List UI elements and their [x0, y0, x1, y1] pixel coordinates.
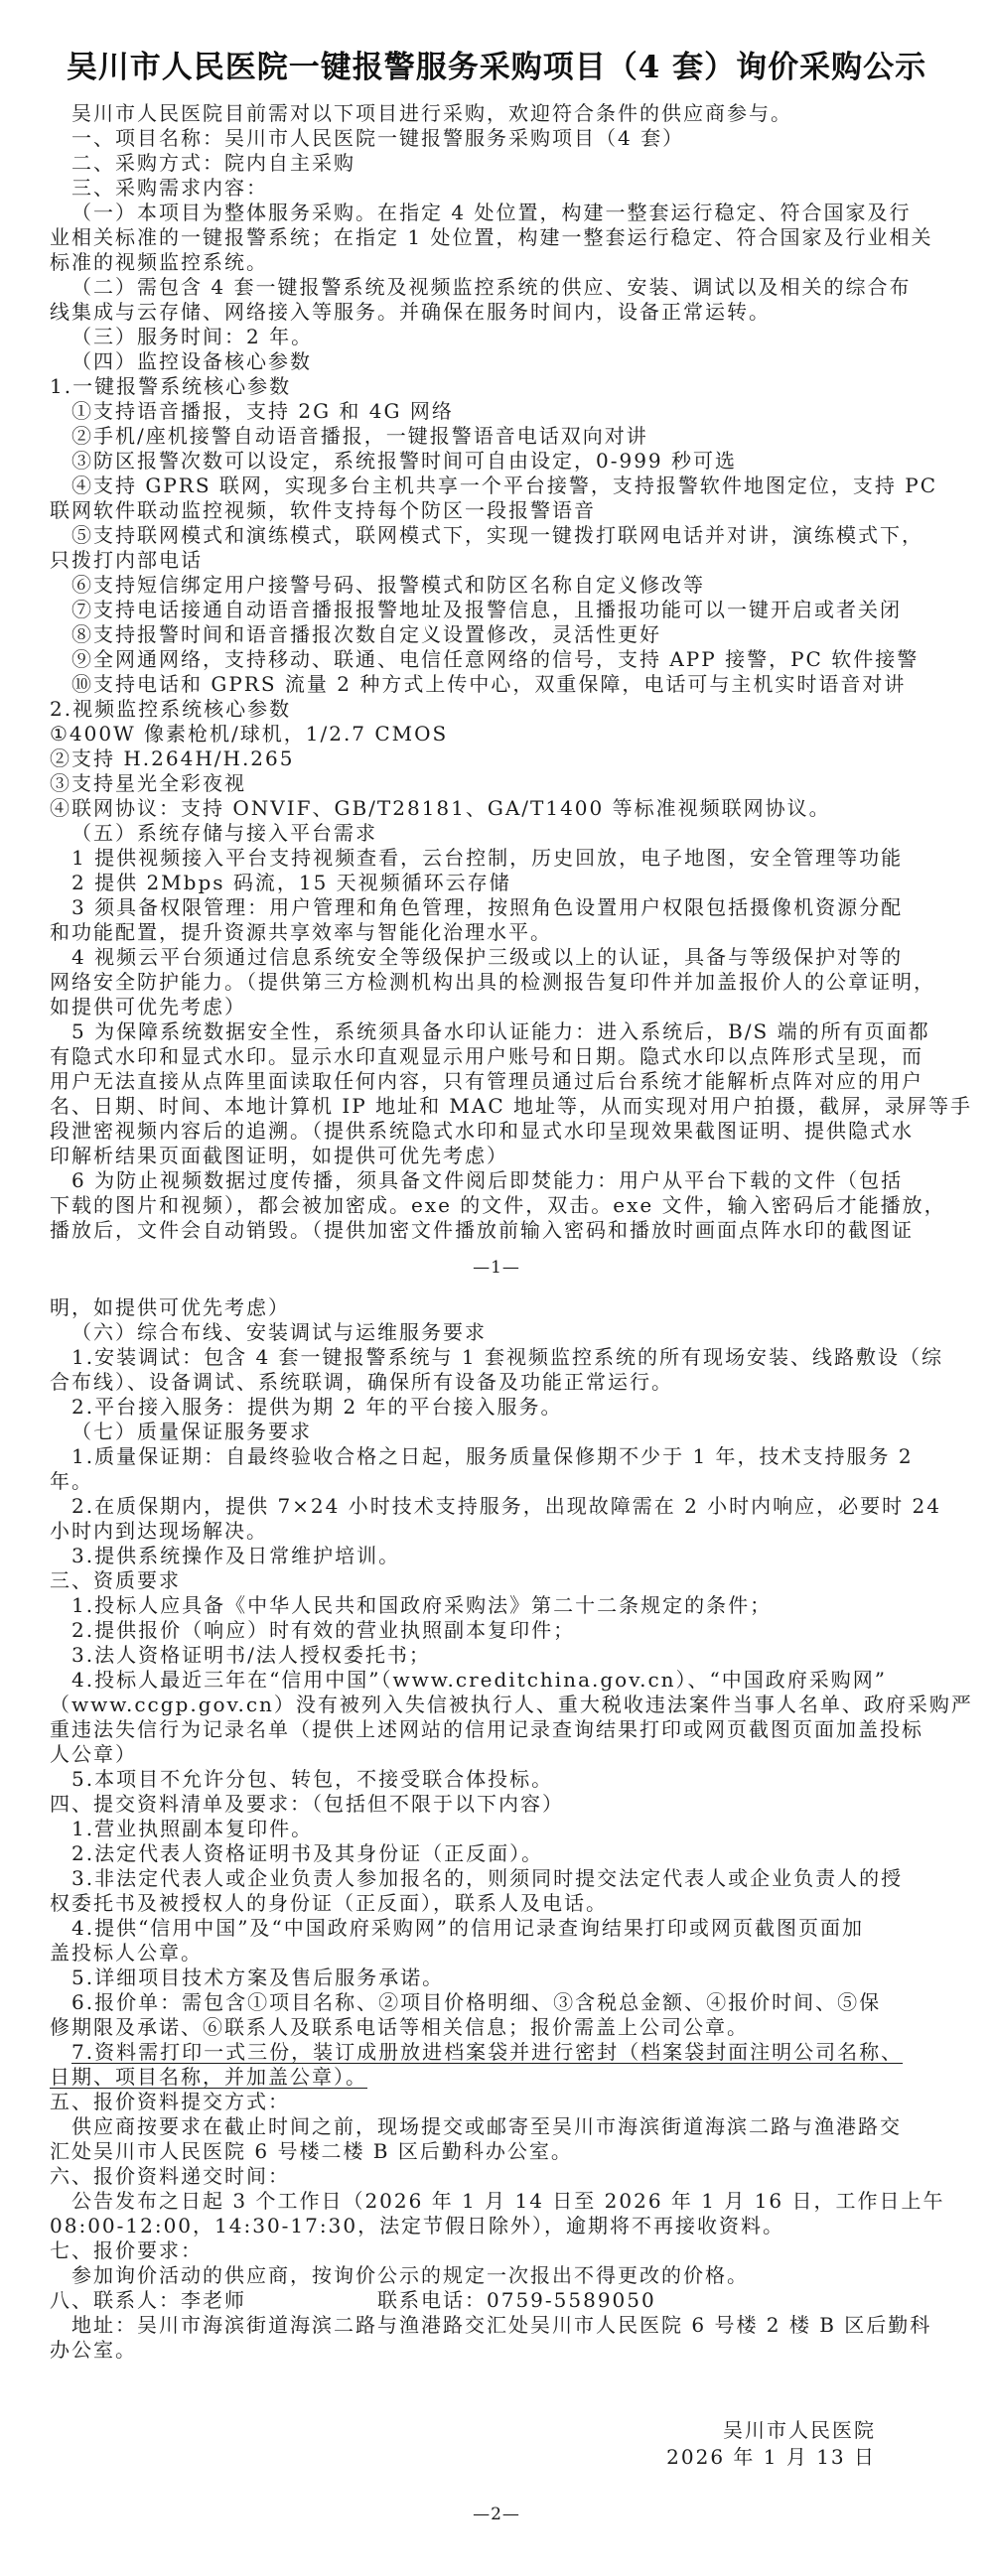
text-line: 2 提供 2Mbps 码流，15 天视频循环云存储: [50, 871, 943, 895]
text-line: 下载的图片和视频），都会被加密成。exe 的文件，双击。exe 文件，输入密码后…: [50, 1193, 943, 1218]
text-line: 4.提供“信用中国”及“中国政府采购网”的信用记录查询结果打印或网页截图页面加: [50, 1916, 943, 1941]
signature-date: 2026 年 1 月 13 日: [50, 2444, 876, 2471]
text-line: ⑥支持短信绑定用户接警号码、报警模式和防区名称自定义修改等: [50, 573, 943, 598]
text-line: 二、采购方式：院内自主采购: [50, 151, 943, 176]
text-line: ①支持语音播报，支持 2G 和 4G 网络: [50, 399, 943, 424]
text-line: 3.法人资格证明书/法人授权委托书；: [50, 1643, 943, 1668]
text-line: （www.ccgp.gov.cn）没有被列入失信被执行人、重大税收违法案件当事人…: [50, 1693, 943, 1717]
page2-body: 明，如提供可优先考虑）（六）综合布线、安装调试与运维服务要求1.安装调试：包含 …: [50, 1295, 943, 2363]
text-line: 办公室。: [50, 2338, 943, 2363]
text-line: 2.提供报价（响应）时有效的营业执照副本复印件；: [50, 1618, 943, 1643]
text-line: ⑨全网通网络，支持移动、联通、电信任意网络的信号，支持 APP 接警，PC 软件…: [50, 647, 943, 672]
text-line: ④支持 GPRS 联网，实现多台主机共享一个平台接警，支持报警软件地图定位，支持…: [50, 474, 943, 498]
text-line: ⑤支持联网模式和演练模式，联网模式下，实现一键拨打联网电话并对讲，演练模式下，: [50, 523, 943, 548]
text-line: （四）监控设备核心参数: [50, 349, 943, 374]
text-line: ⑩支持电话和 GPRS 流量 2 种方式上传中心，双重保障，电话可与主机实时语音…: [50, 672, 943, 697]
text-line: 三、采购需求内容：: [50, 176, 943, 201]
text-line: 联网软件联动监控视频，软件支持每个防区一段报警语音: [50, 498, 943, 523]
text-line: 2.法定代表人资格证明书及其身份证（正反面）。: [50, 1841, 943, 1866]
text-line: 3.非法定代表人或企业负责人参加报名的，则须同时提交法定代表人或企业负责人的授: [50, 1866, 943, 1891]
text-line: 盖投标人公章。: [50, 1941, 943, 1966]
text-line: ⑦支持电话接通自动语音播报报警地址及报警信息，且播报功能可以一键开启或者关闭: [50, 598, 943, 622]
text-line: 用户无法直接从点阵里面读取任何内容，只有管理员通过后台系统才能解析点阵对应的用户: [50, 1069, 943, 1094]
text-line: 业相关标准的一键报警系统；在指定 1 处位置，构建一整套运行稳定、符合国家及行业…: [50, 225, 943, 250]
text-line: 1 提供视频接入平台支持视频查看，云台控制，历史回放，电子地图，安全管理等功能: [50, 846, 943, 871]
text-line: 2.在质保期内，提供 7×24 小时技术支持服务，出现故障需在 2 小时内响应，…: [50, 1494, 943, 1519]
text-line: 汇处吴川市人民医院 6 号楼二楼 B 区后勤科办公室。: [50, 2139, 943, 2164]
text-line: 权委托书及被授权人的身份证（正反面），联系人及电话。: [50, 1891, 943, 1916]
text-line: 修期限及承诺、⑥联系人及联系电话等相关信息；报价需盖上公司公章。: [50, 2015, 943, 2040]
text-line: 6.报价单：需包含①项目名称、②项目价格明细、③含税总金额、④报价时间、⑤保: [50, 1990, 943, 2015]
text-line: （七）质量保证服务要求: [50, 1420, 943, 1444]
text-line: 三、资质要求: [50, 1568, 943, 1593]
signature-org: 吴川市人民医院: [50, 2417, 876, 2444]
text-line: 八、联系人：李老师 联系电话：0759-5589050: [50, 2288, 943, 2313]
text-line: 2.平台接入服务：提供为期 2 年的平台接入服务。: [50, 1395, 943, 1420]
text-line: 重违法失信行为记录名单（提供上述网站的信用记录查询结果打印或网页截图页面加盖投标: [50, 1717, 943, 1742]
text-line: 1.营业执照副本复印件。: [50, 1817, 943, 1841]
text-line: （一）本项目为整体服务采购。在指定 4 处位置，构建一整套运行稳定、符合国家及行: [50, 201, 943, 225]
text-line: 七、报价要求：: [50, 2238, 943, 2263]
text-line: 5.详细项目技术方案及售后服务承诺。: [50, 1966, 943, 1990]
page2-number: —2—: [50, 2503, 943, 2527]
text-line: 7.资料需打印一式三份，装订成册放进档案袋并进行密封（档案袋封面注明公司名称、: [50, 2040, 943, 2065]
text-line: 网络安全防护能力。（提供第三方检测机构出具的检测报告复印件并加盖报价人的公章证明…: [50, 970, 943, 995]
text-line: ⑧支持报警时间和语音播报次数自定义设置修改，灵活性更好: [50, 622, 943, 647]
text-line: 5 为保障系统数据安全性，系统须具备水印认证能力：进入系统后，B/S 端的所有页…: [50, 1019, 943, 1044]
text-line: 参加询价活动的供应商，按询价公示的规定一次报出不得更改的价格。: [50, 2263, 943, 2288]
text-line: 3.提供系统操作及日常维护培训。: [50, 1544, 943, 1568]
document-title: 吴川市人民医院一键报警服务采购项目（4 套）询价采购公示: [50, 46, 943, 89]
text-line: 播放后，文件会自动销毁。（提供加密文件播放前输入密码和播放时画面点阵水印的截图证: [50, 1218, 943, 1243]
text-line: ③防区报警次数可以设定，系统报警时间可自由设定，0-999 秒可选: [50, 449, 943, 474]
text-line: 明，如提供可优先考虑）: [50, 1295, 943, 1320]
text-line: 日期、项目名称，并加盖公章）。: [50, 2065, 943, 2090]
text-line: 5.本项目不允许分包、转包，不接受联合体投标。: [50, 1767, 943, 1792]
page1-body: 吴川市人民医院目前需对以下项目进行采购，欢迎符合条件的供应商参与。一、项目名称：…: [50, 101, 943, 1243]
text-line: 四、提交资料清单及要求：（包括但不限于以下内容）: [50, 1792, 943, 1817]
page1-number: —1—: [50, 1256, 943, 1281]
text-line: （五）系统存储与接入平台需求: [50, 821, 943, 846]
text-line: 年。: [50, 1469, 943, 1494]
text-line: 六、报价资料递交时间：: [50, 2164, 943, 2189]
text-line: 2.视频监控系统核心参数: [50, 697, 943, 722]
text-line: 段泄密视频内容后的追溯。（提供系统隐式水印和显式水印呈现效果截图证明、提供隐式水: [50, 1119, 943, 1144]
text-line: 只拨打内部电话: [50, 548, 943, 573]
signature-block: 吴川市人民医院 2026 年 1 月 13 日: [50, 2417, 943, 2471]
text-line: 08:00-12:00，14:30-17:30，法定节假日除外），逾期将不再接收…: [50, 2214, 943, 2238]
text-line: 如提供可优先考虑）: [50, 995, 943, 1019]
text-line: 1.投标人应具备《中华人民共和国政府采购法》第二十二条规定的条件；: [50, 1593, 943, 1618]
text-line: 线集成与云存储、网络接入等服务。并确保在服务时间内，设备正常运转。: [50, 300, 943, 325]
text-line: （六）综合布线、安装调试与运维服务要求: [50, 1320, 943, 1345]
text-line: 4.投标人最近三年在“信用中国”（www.creditchina.gov.cn）…: [50, 1668, 943, 1693]
text-line: 1.一键报警系统核心参数: [50, 374, 943, 399]
text-line: 小时内到达现场解决。: [50, 1519, 943, 1544]
text-line: ④联网协议：支持 ONVIF、GB/T28181、GA/T1400 等标准视频联…: [50, 796, 943, 821]
text-line: ②支持 H.264H/H.265: [50, 746, 943, 771]
text-line: （三）服务时间：2 年。: [50, 325, 943, 349]
text-line: 1.质量保证期：自最终验收合格之日起，服务质量保修期不少于 1 年，技术支持服务…: [50, 1444, 943, 1469]
text-line: 和功能配置，提升资源共享效率与智能化治理水平。: [50, 920, 943, 945]
text-line: ③支持星光全彩夜视: [50, 771, 943, 796]
text-line: 3 须具备权限管理：用户管理和角色管理，按照角色设置用户权限包括摄像机资源分配: [50, 895, 943, 920]
text-line: ①400W 像素枪机/球机，1/2.7 CMOS: [50, 722, 943, 746]
text-line: 1.安装调试：包含 4 套一键报警系统与 1 套视频监控系统的所有现场安装、线路…: [50, 1345, 943, 1370]
text-line: 合布线）、设备调试、系统联调，确保所有设备及功能正常运行。: [50, 1370, 943, 1395]
text-line: 五、报价资料提交方式：: [50, 2090, 943, 2114]
text-line: 吴川市人民医院目前需对以下项目进行采购，欢迎符合条件的供应商参与。: [50, 101, 943, 126]
text-line: 一、项目名称：吴川市人民医院一键报警服务采购项目（4 套）: [50, 126, 943, 151]
text-line: ②手机/座机接警自动语音播报，一键报警语音电话双向对讲: [50, 424, 943, 449]
text-line: （二）需包含 4 套一键报警系统及视频监控系统的供应、安装、调试以及相关的综合布: [50, 275, 943, 300]
text-line: 6 为防止视频数据过度传播，须具备文件阅后即焚能力：用户从平台下载的文件（包括: [50, 1168, 943, 1193]
document-page: 吴川市人民医院一键报警服务采购项目（4 套）询价采购公示 吴川市人民医院目前需对…: [0, 0, 993, 2576]
text-line: 4 视频云平台须通过信息系统安全等级保护三级或以上的认证，具备与等级保护对等的: [50, 945, 943, 970]
text-line: 人公章）: [50, 1742, 943, 1767]
text-line: 有隐式水印和显式水印。显示水印直观显示用户账号和日期。隐式水印以点阵形式呈现，而: [50, 1044, 943, 1069]
text-line: 标准的视频监控系统。: [50, 250, 943, 275]
text-line: 供应商按要求在截止时间之前，现场提交或邮寄至吴川市海滨街道海滨二路与渔港路交: [50, 2114, 943, 2139]
text-line: 公告发布之日起 3 个工作日（2026 年 1 月 14 日至 2026 年 1…: [50, 2189, 943, 2214]
text-line: 印解析结果页面截图证明，如提供可优先考虑）: [50, 1144, 943, 1168]
text-line: 地址：吴川市海滨街道海滨二路与渔港路交汇处吴川市人民医院 6 号楼 2 楼 B …: [50, 2313, 943, 2338]
text-line: 名、日期、时间、本地计算机 IP 地址和 MAC 地址等，从而实现对用户拍摄，截…: [50, 1094, 943, 1119]
